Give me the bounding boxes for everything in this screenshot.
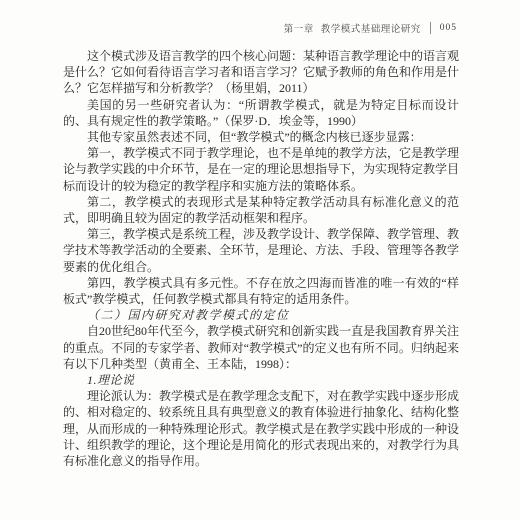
running-header: 第一章 教学模式基础理论研究 005: [284, 21, 457, 35]
subsection-heading: 1.理论说: [63, 372, 459, 388]
paragraph: 第一，教学模式不同于教学理论，也不是单纯的教学方法，它是教学理论与教学实践的中介…: [63, 145, 459, 194]
paragraph: 这个模式涉及语言教学的四个核心问题：某种语言教学理论中的语言观是什么？它如何看待…: [63, 48, 459, 97]
paragraph: 第二，教学模式的表现形式是某种特定教学活动具有标准化意义的范式，即明确且较为固定…: [63, 194, 459, 226]
page-body: 这个模式涉及语言教学的四个核心问题：某种语言教学理论中的语言观是什么？它如何看待…: [63, 48, 459, 469]
paragraph: 第四，教学模式具有多元性。不存在放之四海而皆准的唯一有效的“样板式”教学模式，任…: [63, 275, 459, 307]
header-divider: [430, 22, 431, 34]
paragraph: 美国的另一些研究者认为：“所谓教学模式，就是为特定目标而设计的、具有规定性的教学…: [63, 97, 459, 129]
book-page: 第一章 教学模式基础理论研究 005 这个模式涉及语言教学的四个核心问题：某种语…: [0, 0, 520, 520]
page-number: 005: [440, 23, 457, 33]
chapter-title: 教学模式基础理论研究: [321, 21, 421, 35]
section-heading: （二）国内研究对教学模式的定位: [63, 307, 459, 323]
paragraph: 理论派认为：教学模式是在教学理念支配下，对在教学实践中逐步形成的、相对稳定的、较…: [63, 388, 459, 469]
paragraph: 第三，教学模式是系统工程，涉及教学设计、教学保障、教学管理、教学技术等教学活动的…: [63, 226, 459, 275]
chapter-label: 第一章: [284, 21, 314, 35]
paragraph: 其他专家虽然表述不同，但“教学模式”的概念内核已逐步显露：: [63, 129, 459, 145]
paragraph: 自20世纪80年代至今，教学模式研究和创新实践一直是我国教育界关注的重点。不同的…: [63, 323, 459, 372]
